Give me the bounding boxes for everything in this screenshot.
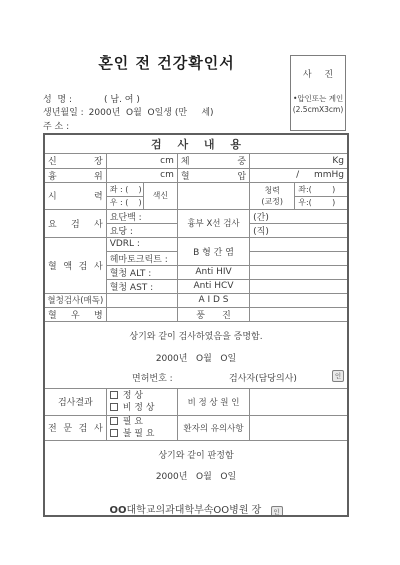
judgment-date: 2000년 O월 O일 bbox=[45, 469, 347, 482]
vision-label: 시 력 bbox=[44, 182, 106, 209]
not-needed-label: 불 필 요 bbox=[123, 429, 155, 439]
examiner-label: 검사자(담당의사) bbox=[229, 371, 297, 384]
rubella-value-cell[interactable] bbox=[250, 307, 348, 321]
certification-section: 상기와 같이 검사하였음을 증명함. 2000년 O월 O일 면허번호 : 검사… bbox=[44, 321, 348, 388]
photo-note-stamp: •압인또는 계인 bbox=[291, 93, 345, 104]
abnormal-cause-label: 비 정 상 원 인 bbox=[177, 388, 249, 415]
hearing-label-line2: (교정) bbox=[253, 196, 291, 207]
syphilis-test-label: 혈청검사(매독) bbox=[44, 293, 106, 307]
anti-hcv-value-cell[interactable] bbox=[250, 279, 348, 293]
height-value-cell[interactable]: cm bbox=[106, 153, 177, 168]
blood-test-label: 혈 액 검 사 bbox=[44, 237, 106, 293]
abnormal-label: 비 정 상 bbox=[123, 403, 155, 413]
hearing-label-line1: 청력 bbox=[253, 185, 291, 196]
judgment-statement: 상기와 같이 판정함 bbox=[45, 448, 347, 461]
vision-right-cell[interactable]: 우 : ( ) bbox=[106, 196, 143, 209]
certify-statement: 상기와 같이 검사하였음을 증명함. bbox=[45, 329, 347, 342]
xray-direct-cell[interactable]: (직) bbox=[250, 223, 348, 237]
xray-indirect-cell[interactable]: (간) bbox=[250, 209, 348, 223]
abnormal-cause-value-cell[interactable] bbox=[250, 388, 348, 415]
bp-slash: / bbox=[296, 170, 299, 180]
hepatitis-b-value-cell-2[interactable] bbox=[250, 251, 348, 265]
urine-protein-cell[interactable]: 요단백 : bbox=[106, 209, 177, 223]
color-vision-label: 색신 bbox=[143, 182, 177, 209]
hospital-seal-stamp-icon: 인 bbox=[271, 506, 283, 517]
anti-hiv-value-cell[interactable] bbox=[250, 265, 348, 279]
needed-label: 필 요 bbox=[123, 417, 143, 427]
serum-ast-cell[interactable]: 혈청 AST : bbox=[106, 279, 177, 293]
hospital-signature-line: OO대학교의과대학부속OO병원 장 인 bbox=[45, 501, 347, 517]
normal-checkbox[interactable] bbox=[110, 391, 118, 399]
license-number-label[interactable]: 면허번호 : bbox=[132, 371, 173, 384]
aids-value-cell[interactable] bbox=[250, 293, 348, 307]
anti-hiv-label: Anti HIV bbox=[177, 265, 249, 279]
specialist-exam-label: 전 문 검 사 bbox=[44, 415, 106, 440]
exam-result-checkboxes: 정 상 비 정 상 bbox=[106, 388, 177, 415]
hospital-name-prefix: OO bbox=[109, 505, 126, 516]
birthdate-field-row: 생년월일 : 2000년 O월 O일생 (만 세) bbox=[43, 106, 214, 118]
chest-xray-label: 흉부 X선 검사 bbox=[177, 209, 249, 237]
syphilis-value-cell[interactable] bbox=[106, 293, 177, 307]
certify-date: 2000년 O월 O일 bbox=[45, 351, 347, 364]
needed-option[interactable]: 필 요 bbox=[110, 416, 174, 428]
urine-test-label: 요 검 사 bbox=[44, 209, 106, 237]
license-row: 면허번호 : 검사자(담당의사) 인 bbox=[45, 371, 347, 385]
not-needed-option[interactable]: 불 필 요 bbox=[110, 428, 174, 440]
birthdate-value[interactable]: 2000년 O월 O일생 (만 세) bbox=[89, 105, 214, 118]
weight-value-cell[interactable]: Kg bbox=[250, 153, 348, 168]
serum-alt-cell[interactable]: 혈청 ALT : bbox=[106, 265, 177, 279]
hearing-right-cell[interactable]: 우:( ) bbox=[295, 196, 348, 209]
specialist-exam-checkboxes: 필 요 불 필 요 bbox=[106, 415, 177, 440]
bp-unit: mmHg bbox=[314, 170, 344, 180]
name-field-row: 성 명 : ( 남. 여 ) bbox=[43, 92, 140, 104]
exam-table-header: 검 사 내 용 bbox=[44, 134, 348, 153]
abnormal-checkbox[interactable] bbox=[110, 403, 118, 411]
address-field-row: 주 소 : bbox=[43, 119, 69, 131]
examiner-seal-stamp-icon: 인 bbox=[332, 370, 344, 382]
hepatitis-b-label: B 형 간 염 bbox=[177, 237, 249, 265]
name-label: 성 명 : bbox=[43, 92, 104, 105]
exam-table: 검 사 내 용 신 장 cm 체 중 Kg 흉 위 cm 혈 압 / mmHg … bbox=[43, 133, 349, 517]
photo-label: 사 진 bbox=[291, 67, 345, 80]
vdrl-cell[interactable]: VDRL : bbox=[106, 237, 177, 251]
urine-sugar-cell[interactable]: 요당 : bbox=[106, 223, 177, 237]
normal-option[interactable]: 정 상 bbox=[110, 390, 174, 402]
hepatitis-b-value-cell-1[interactable] bbox=[250, 237, 348, 251]
chest-value-cell[interactable]: cm bbox=[106, 168, 177, 182]
height-label: 신 장 bbox=[44, 153, 106, 168]
not-needed-checkbox[interactable] bbox=[110, 429, 118, 437]
form-title: 혼인 전 건강확인서 bbox=[43, 52, 290, 73]
weight-label: 체 중 bbox=[177, 153, 249, 168]
normal-label: 정 상 bbox=[123, 391, 143, 401]
abnormal-option[interactable]: 비 정 상 bbox=[110, 402, 174, 414]
vision-left-cell[interactable]: 좌 : ( ) bbox=[106, 182, 143, 196]
exam-result-label: 검사결과 bbox=[44, 388, 106, 415]
hemophilia-label: 혈 우 병 bbox=[44, 307, 106, 321]
judgment-section: 상기와 같이 판정함 2000년 O월 O일 OO대학교의과대학부속OO병원 장… bbox=[44, 440, 348, 516]
photo-note-size: (2.5cmX3cm) bbox=[291, 105, 345, 114]
anti-hcv-label: Anti HCV bbox=[177, 279, 249, 293]
birthdate-label: 생년월일 : bbox=[43, 105, 84, 118]
blood-pressure-value-cell[interactable]: / mmHg bbox=[250, 168, 348, 182]
photo-box[interactable]: 사 진 •압인또는 계인 (2.5cmX3cm) bbox=[290, 55, 346, 131]
patient-notes-value-cell[interactable] bbox=[250, 415, 348, 440]
blood-pressure-label: 혈 압 bbox=[177, 168, 249, 182]
health-certificate-form: 혼인 전 건강확인서 사 진 •압인또는 계인 (2.5cmX3cm) 성 명 … bbox=[0, 0, 400, 565]
color-vision-value-cell[interactable] bbox=[177, 182, 249, 209]
address-label: 주 소 : bbox=[43, 119, 69, 132]
chest-label: 흉 위 bbox=[44, 168, 106, 182]
hematocrit-cell[interactable]: 헤마토크릭트 : bbox=[106, 251, 177, 265]
name-gender-options[interactable]: ( 남. 여 ) bbox=[104, 92, 140, 105]
hearing-left-cell[interactable]: 좌:( ) bbox=[295, 182, 348, 196]
hearing-label: 청력 (교정) bbox=[250, 182, 295, 209]
hospital-name: 대학교의과대학부속OO병원 장 bbox=[126, 505, 261, 516]
patient-notes-label: 환자의 유의사항 bbox=[177, 415, 249, 440]
needed-checkbox[interactable] bbox=[110, 417, 118, 425]
rubella-label: 풍 진 bbox=[177, 307, 249, 321]
hemophilia-value-cell[interactable] bbox=[106, 307, 177, 321]
aids-label: A I D S bbox=[177, 293, 249, 307]
